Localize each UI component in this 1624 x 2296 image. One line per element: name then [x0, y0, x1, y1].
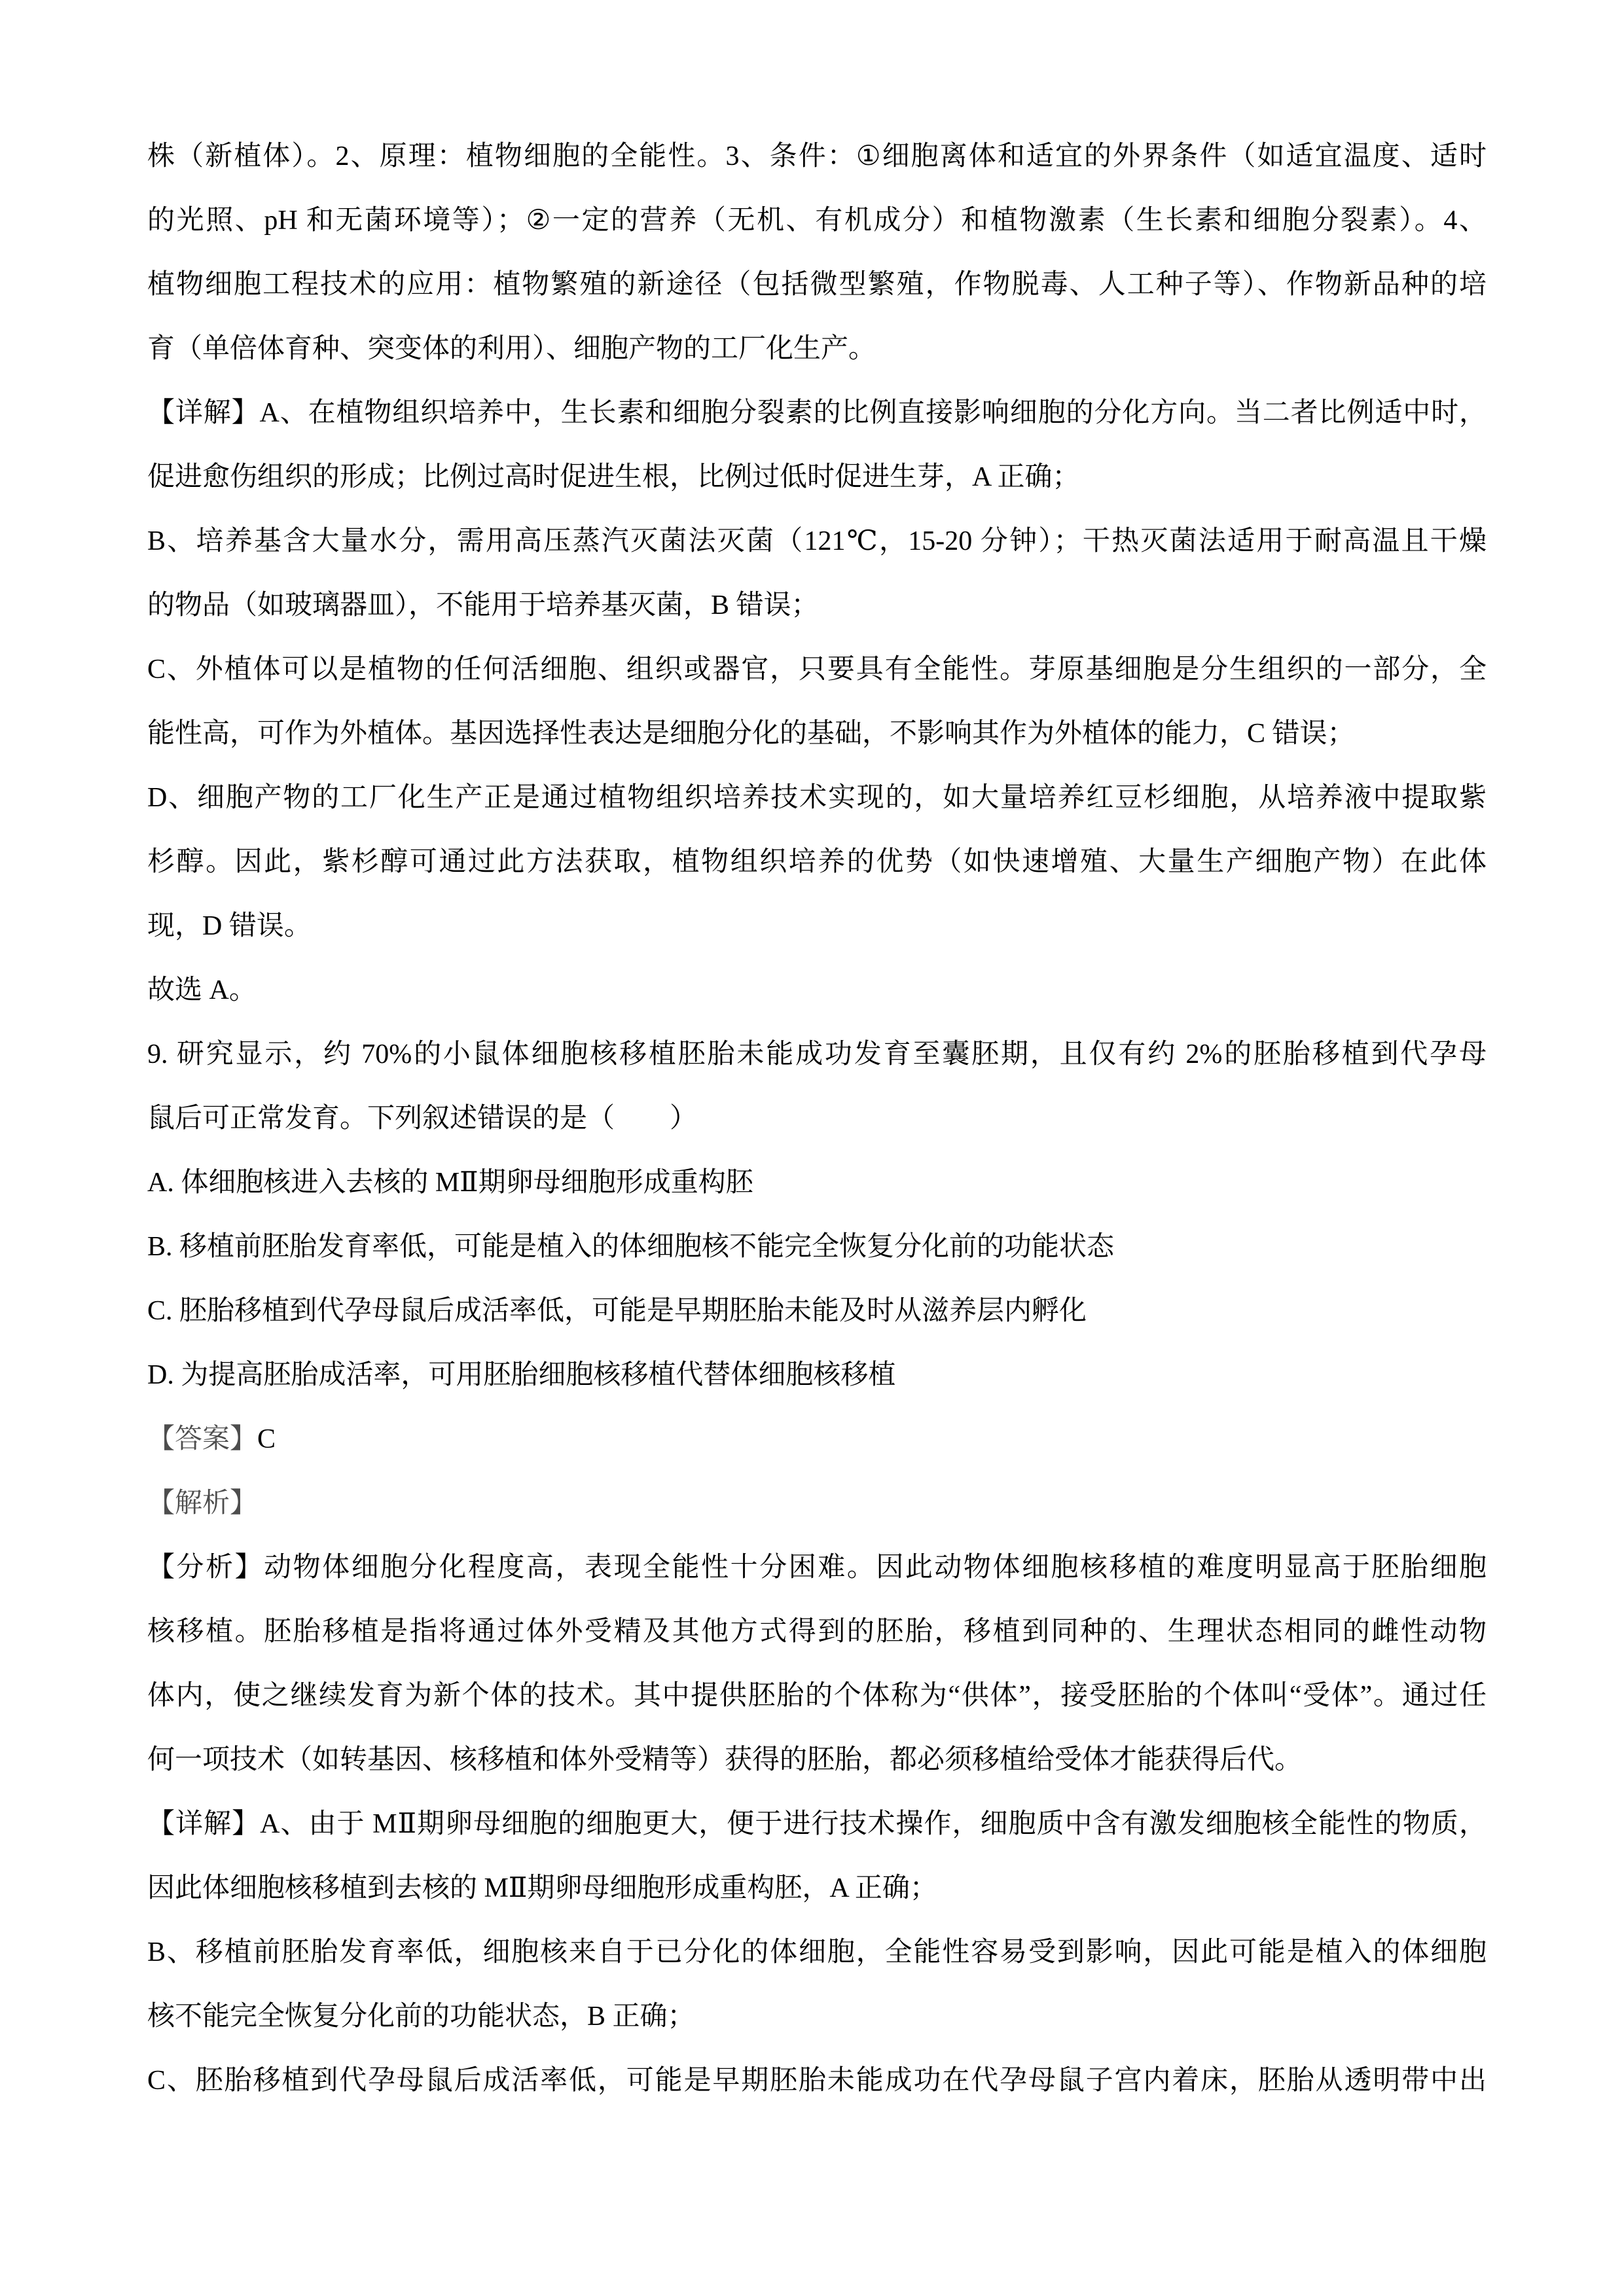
- text-run: 杉醇。因此，紫杉醇可通过此方法获取，植物组织培养的优势（如快速增殖、大量生产细胞…: [147, 847, 1487, 877]
- text-line: 鼠后可正常发育。下列叙述错误的是（ ）: [147, 1086, 1487, 1151]
- text-run: B、培养基含大量水分，需用高压蒸汽灭菌法灭菌（121℃，15-20 分钟）；干热…: [147, 526, 1487, 556]
- text-run: D、细胞产物的工厂化生产正是通过植物组织培养技术实现的，如大量培养红豆杉细胞，从…: [147, 783, 1487, 813]
- text-line: 株（新植体）。2、原理：植物细胞的全能性。3、条件：①细胞离体和适宜的外界条件（…: [147, 124, 1487, 188]
- text-run: A. 体细胞核进入去核的 MⅡ期卵母细胞形成重构胚: [147, 1168, 753, 1198]
- text-run: 9. 研究显示，约 70%的小鼠体细胞核移植胚胎未能成功发育至囊胚期，且仅有约 …: [147, 1039, 1487, 1069]
- text-line: 体内，使之继续发育为新个体的技术。其中提供胚胎的个体称为“供体”，接受胚胎的个体…: [147, 1664, 1487, 1728]
- text-line: B、移植前胚胎发育率低，细胞核来自于已分化的体细胞，全能性容易受到影响，因此可能…: [147, 1920, 1487, 1984]
- text-line: 核移植。胚胎移植是指将通过体外受精及其他方式得到的胚胎，移植到同种的、生理状态相…: [147, 1600, 1487, 1664]
- text-line: 促进愈伤组织的形成；比例过高时促进生根，比例过低时促进生芽，A 正确；: [147, 445, 1487, 509]
- text-line: 的物品（如玻璃器皿），不能用于培养基灭菌，B 错误；: [147, 573, 1487, 637]
- text-line: D、细胞产物的工厂化生产正是通过植物组织培养技术实现的，如大量培养红豆杉细胞，从…: [147, 766, 1487, 830]
- text-run: 【分析】动物体细胞分化程度高，表现全能性十分困难。因此动物体细胞核移植的难度明显…: [147, 1552, 1487, 1583]
- text-run: 【详解】A、在植物组织培养中，生长素和细胞分裂素的比例直接影响细胞的分化方向。当…: [147, 398, 1487, 428]
- text-run: 的光照、pH 和无菌环境等）；②一定的营养（无机、有机成分）和植物激素（生长素和…: [147, 206, 1487, 236]
- text-run: C、外植体可以是植物的任何活细胞、组织或器官，只要具有全能性。芽原基细胞是分生组…: [147, 655, 1487, 685]
- text-line: B、培养基含大量水分，需用高压蒸汽灭菌法灭菌（121℃，15-20 分钟）；干热…: [147, 509, 1487, 573]
- text-run: 核移植。胚胎移植是指将通过体外受精及其他方式得到的胚胎，移植到同种的、生理状态相…: [147, 1617, 1487, 1647]
- text-line: 杉醇。因此，紫杉醇可通过此方法获取，植物组织培养的优势（如快速增殖、大量生产细胞…: [147, 830, 1487, 894]
- text-line: 的光照、pH 和无菌环境等）；②一定的营养（无机、有机成分）和植物激素（生长素和…: [147, 188, 1487, 253]
- section-marker: 【答案】: [147, 1424, 257, 1454]
- text-run: C、胚胎移植到代孕母鼠后成活率低，可能是早期胚胎未能成功在代孕母鼠子宫内着床，胚…: [147, 2066, 1487, 2096]
- section-marker: 【解析】: [147, 1488, 257, 1518]
- text-line: C、外植体可以是植物的任何活细胞、组织或器官，只要具有全能性。芽原基细胞是分生组…: [147, 637, 1487, 702]
- text-area: 株（新植体）。2、原理：植物细胞的全能性。3、条件：①细胞离体和适宜的外界条件（…: [147, 124, 1487, 2113]
- text-run: 鼠后可正常发育。下列叙述错误的是（ ）: [147, 1103, 697, 1134]
- text-run: B、移植前胚胎发育率低，细胞核来自于已分化的体细胞，全能性容易受到影响，因此可能…: [147, 1937, 1487, 1967]
- text-run: 现，D 错误。: [147, 911, 312, 941]
- text-run: 核不能完全恢复分化前的功能状态，B 正确；: [147, 2001, 695, 2032]
- text-line: 植物细胞工程技术的应用：植物繁殖的新途径（包括微型繁殖，作物脱毒、人工种子等）、…: [147, 253, 1487, 317]
- text-line: 【详解】A、由于 MⅡ期卵母细胞的细胞更大，便于进行技术操作，细胞质中含有激发细…: [147, 1792, 1487, 1856]
- text-line: A. 体细胞核进入去核的 MⅡ期卵母细胞形成重构胚: [147, 1151, 1487, 1215]
- text-line: 现，D 错误。: [147, 894, 1487, 958]
- text-run: 育（单倍体育种、突变体的利用）、细胞产物的工厂化生产。: [147, 334, 876, 364]
- text-run: C. 胚胎移植到代孕母鼠后成活率低，可能是早期胚胎未能及时从滋养层内孵化: [147, 1296, 1087, 1326]
- text-line: 核不能完全恢复分化前的功能状态，B 正确；: [147, 1984, 1487, 2049]
- text-line: D. 为提高胚胎成活率，可用胚胎细胞核移植代替体细胞核移植: [147, 1343, 1487, 1407]
- text-line: 能性高，可作为外植体。基因选择性表达是细胞分化的基础，不影响其作为外植体的能力，…: [147, 702, 1487, 766]
- document-page: 株（新植体）。2、原理：植物细胞的全能性。3、条件：①细胞离体和适宜的外界条件（…: [0, 0, 1624, 2296]
- text-run: 何一项技术（如转基因、核移植和体外受精等）获得的胚胎，都必须移植给受体才能获得后…: [147, 1745, 1302, 1775]
- text-line: 故选 A。: [147, 958, 1487, 1022]
- text-run: D. 为提高胚胎成活率，可用胚胎细胞核移植代替体细胞核移植: [147, 1360, 895, 1390]
- text-run: C: [257, 1424, 276, 1454]
- text-run: 的物品（如玻璃器皿），不能用于培养基灭菌，B 错误；: [147, 590, 819, 620]
- text-line: 【分析】动物体细胞分化程度高，表现全能性十分困难。因此动物体细胞核移植的难度明显…: [147, 1535, 1487, 1600]
- text-line: 育（单倍体育种、突变体的利用）、细胞产物的工厂化生产。: [147, 317, 1487, 381]
- text-line: 【详解】A、在植物组织培养中，生长素和细胞分裂素的比例直接影响细胞的分化方向。当…: [147, 381, 1487, 445]
- text-line: C. 胚胎移植到代孕母鼠后成活率低，可能是早期胚胎未能及时从滋养层内孵化: [147, 1279, 1487, 1343]
- text-line: C、胚胎移植到代孕母鼠后成活率低，可能是早期胚胎未能成功在代孕母鼠子宫内着床，胚…: [147, 2049, 1487, 2113]
- text-run: 体内，使之继续发育为新个体的技术。其中提供胚胎的个体称为“供体”，接受胚胎的个体…: [147, 1681, 1487, 1711]
- text-line: 何一项技术（如转基因、核移植和体外受精等）获得的胚胎，都必须移植给受体才能获得后…: [147, 1728, 1487, 1792]
- text-run: 【详解】A、由于 MⅡ期卵母细胞的细胞更大，便于进行技术操作，细胞质中含有激发细…: [147, 1809, 1487, 1839]
- text-run: B. 移植前胚胎发育率低，可能是植入的体细胞核不能完全恢复分化前的功能状态: [147, 1232, 1114, 1262]
- text-line: 9. 研究显示，约 70%的小鼠体细胞核移植胚胎未能成功发育至囊胚期，且仅有约 …: [147, 1022, 1487, 1086]
- text-run: 株（新植体）。2、原理：植物细胞的全能性。3、条件：①细胞离体和适宜的外界条件（…: [147, 141, 1487, 171]
- text-run: 植物细胞工程技术的应用：植物繁殖的新途径（包括微型繁殖，作物脱毒、人工种子等）、…: [147, 270, 1487, 300]
- text-run: 因此体细胞核移植到去核的 MⅡ期卵母细胞形成重构胚，A 正确；: [147, 1873, 937, 1903]
- text-line: B. 移植前胚胎发育率低，可能是植入的体细胞核不能完全恢复分化前的功能状态: [147, 1215, 1487, 1279]
- text-run: 促进愈伤组织的形成；比例过高时促进生根，比例过低时促进生芽，A 正确；: [147, 462, 1080, 492]
- text-line: 因此体细胞核移植到去核的 MⅡ期卵母细胞形成重构胚，A 正确；: [147, 1856, 1487, 1920]
- text-line: 【答案】C: [147, 1407, 1487, 1471]
- text-run: 故选 A。: [147, 975, 257, 1005]
- text-line: 【解析】: [147, 1471, 1487, 1535]
- text-run: 能性高，可作为外植体。基因选择性表达是细胞分化的基础，不影响其作为外植体的能力，…: [147, 719, 1355, 749]
